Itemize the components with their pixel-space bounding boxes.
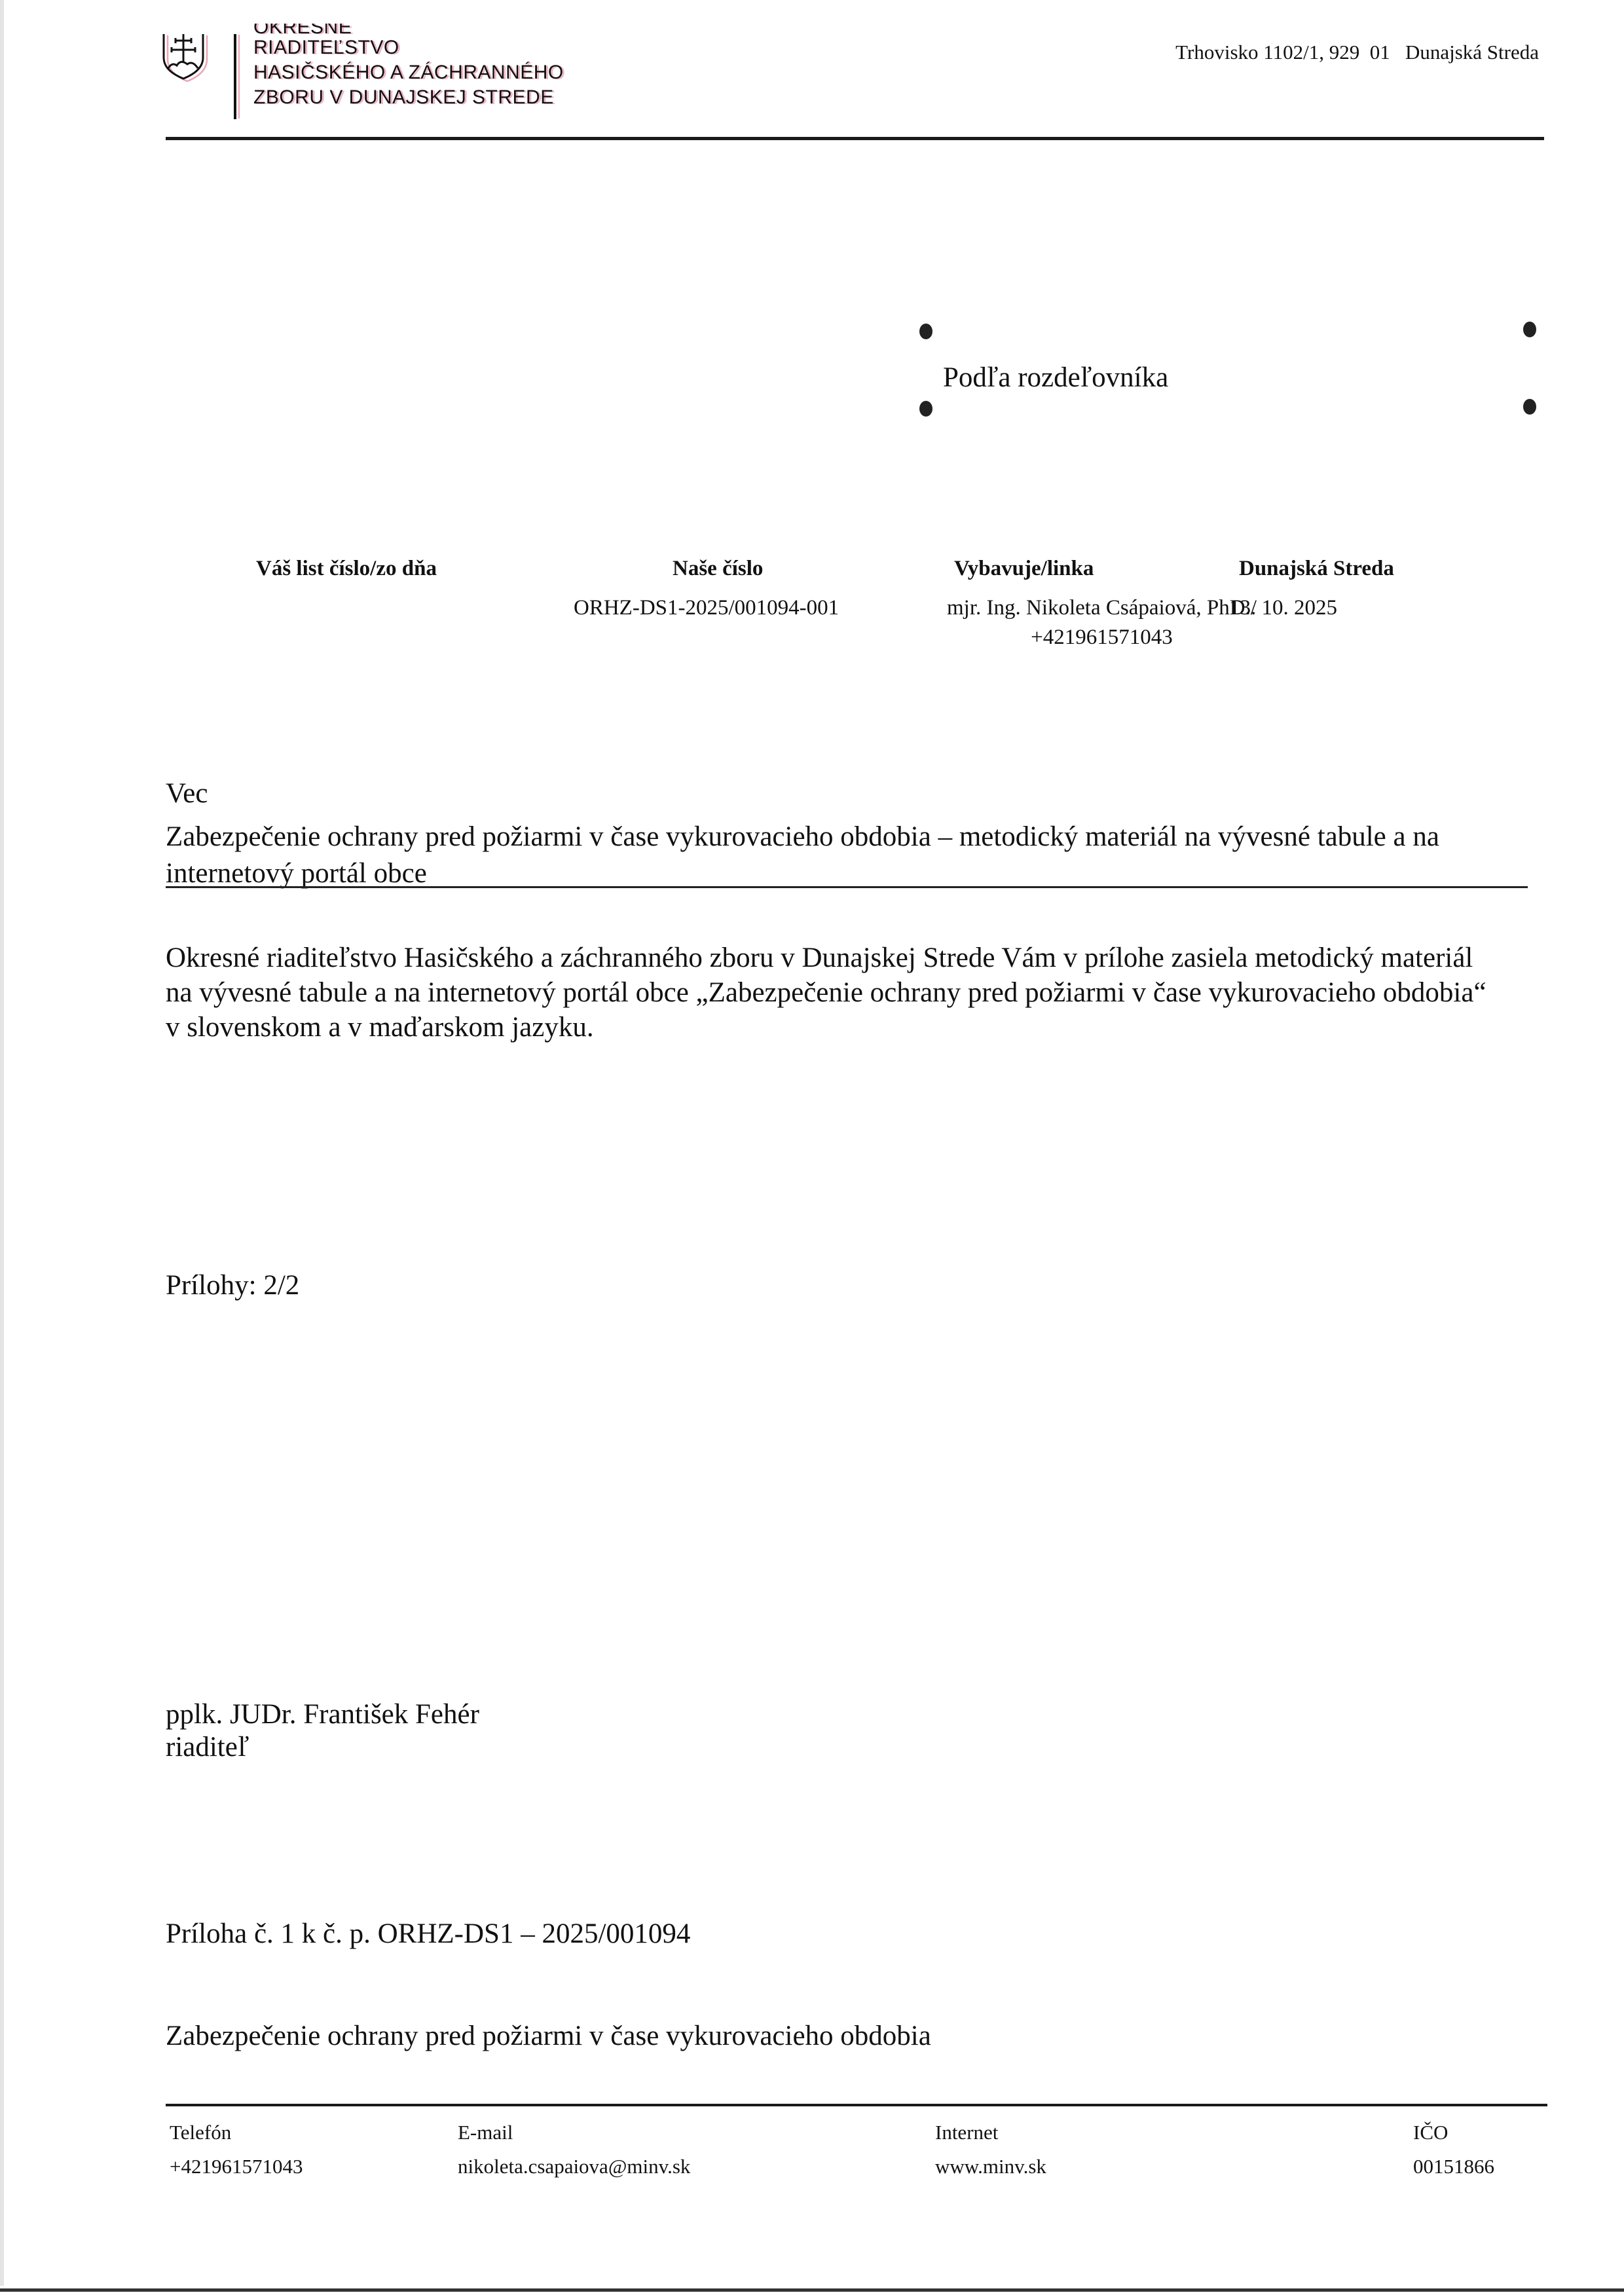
address-window-corner-mark	[1523, 399, 1536, 415]
organization-name: OKRESNÉ RIADITEĽSTVO HASIČSKÉHO A ZÁCHRA…	[253, 24, 564, 110]
ref-header-your-letter: Váš list číslo/zo dňa	[256, 557, 437, 581]
slovak-coat-of-arms-icon	[162, 31, 208, 84]
header-divider	[166, 137, 1544, 140]
scan-bottom-edge	[0, 2288, 1624, 2292]
ref-header-place: Dunajská Streda	[1239, 557, 1394, 581]
footer-phone: +421961571043	[170, 2155, 303, 2178]
attachments-count: Prílohy: 2/2	[166, 1269, 299, 1301]
letter-body: Okresné riaditeľstvo Hasičského a záchra…	[166, 941, 1567, 1045]
ref-header-our-number: Naše číslo	[673, 557, 763, 581]
recipient: Podľa rozdeľovníka	[943, 362, 1168, 394]
body-line: na vývesné tabule a na internetový portá…	[166, 975, 1567, 1010]
signatory-name: pplk. JUDr. František Fehér	[166, 1698, 479, 1731]
annex-reference: Príloha č. 1 k č. p. ORHZ-DS1 – 2025/001…	[166, 1918, 690, 1950]
ref-header-handled-by: Vybavuje/linka	[954, 557, 1094, 581]
footer-ico: 00151866	[1413, 2155, 1494, 2178]
subject-underline	[166, 886, 1528, 888]
scan-left-edge	[0, 0, 4, 2286]
footer-ico-label: IČO	[1413, 2121, 1448, 2144]
address-window-corner-mark	[919, 324, 932, 339]
signature-block: pplk. JUDr. František Fehér riaditeľ	[166, 1698, 479, 1764]
body-line: Okresné riaditeľstvo Hasičského a záchra…	[166, 941, 1567, 975]
address-window-corner-mark	[1523, 322, 1536, 337]
our-number: ORHZ-DS1-2025/001094-001	[574, 593, 839, 623]
org-name-line-1: OKRESNÉ	[253, 24, 564, 35]
annex-title: Zabezpečenie ochrany pred požiarmi v čas…	[166, 2020, 931, 2052]
signatory-title: riaditeľ	[166, 1731, 479, 1764]
footer-email-label: E-mail	[458, 2121, 513, 2144]
logo-divider	[234, 34, 236, 119]
org-name-line-2: RIADITEĽSTVO	[253, 35, 564, 60]
subject-label: Vec	[166, 777, 208, 810]
sender-address: Trhovisko 1102/1, 929 01 Dunajská Streda	[1175, 41, 1539, 64]
body-line: v slovenskom a v maďarskom jazyku.	[166, 1010, 1567, 1045]
footer-website[interactable]: www.minv.sk	[935, 2155, 1046, 2178]
letter-date: 13. 10. 2025	[1229, 593, 1337, 623]
footer-divider	[166, 2104, 1547, 2106]
footer-email[interactable]: nikoleta.csapaiova@minv.sk	[458, 2155, 690, 2178]
subject-text: Zabezpečenie ochrany pred požiarmi v čas…	[166, 819, 1554, 892]
org-name-line-3: HASIČSKÉHO A ZÁCHRANNÉHO	[253, 60, 564, 85]
footer-internet-label: Internet	[935, 2121, 998, 2144]
address-window-corner-mark	[919, 401, 932, 417]
footer-phone-label: Telefón	[170, 2121, 231, 2144]
handled-by-phone: +421961571043	[947, 623, 1257, 652]
handled-by: mjr. Ing. Nikoleta Csápaiová, PhD./ +421…	[947, 593, 1257, 652]
handled-by-name: mjr. Ing. Nikoleta Csápaiová, PhD./	[947, 593, 1257, 623]
org-name-line-4: ZBORU V DUNAJSKEJ STREDE	[253, 85, 564, 110]
